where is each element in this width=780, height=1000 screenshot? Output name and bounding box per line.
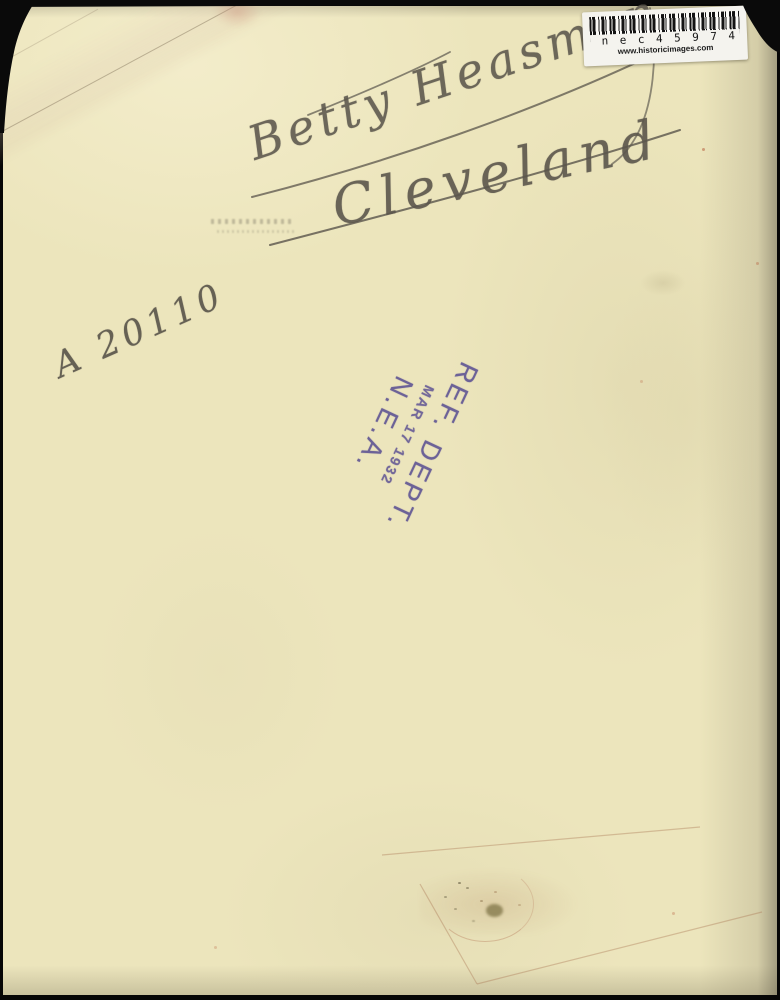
- red-speck: [640, 380, 643, 383]
- red-speck: [214, 946, 217, 949]
- tape-stain: [213, 0, 261, 28]
- stain-arc: [436, 866, 534, 942]
- barcode-sticker: nec45974 www.historicimages.com: [582, 6, 748, 67]
- stain-speckles: [458, 882, 461, 884]
- red-speck: [672, 912, 675, 915]
- stain-dot: [486, 904, 503, 917]
- red-speck: [756, 262, 759, 265]
- ink-transfer-smudge: [211, 216, 295, 238]
- red-speck: [702, 148, 705, 151]
- scanned-photo-back: Betty Heasman Cleveland A 20110 REF. DEP…: [0, 0, 780, 1000]
